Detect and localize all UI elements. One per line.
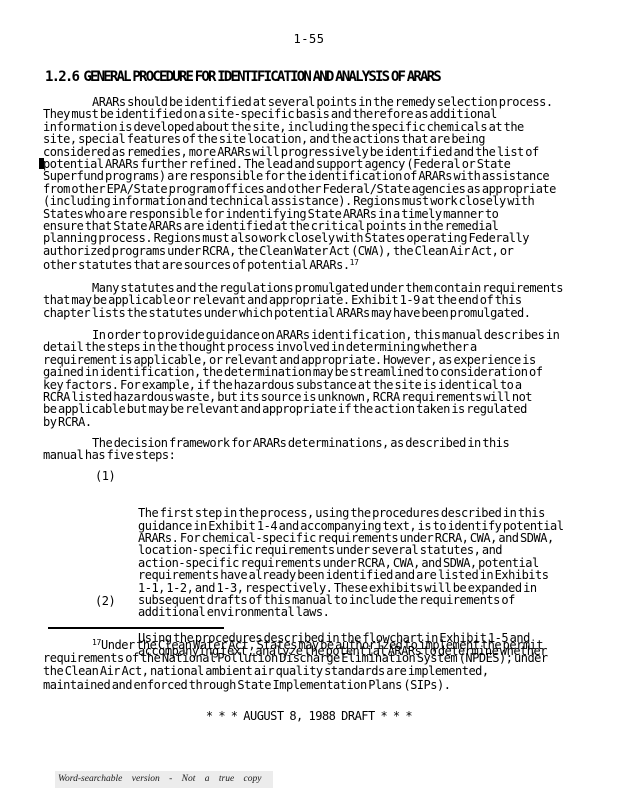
revision-change-bar: [39, 158, 44, 169]
section-heading: 1.2.6 GENERAL PROCEDURE FOR IDENTIFICATI…: [45, 70, 605, 85]
watermark-text: Word-searchable version - Not a true cop…: [58, 774, 261, 784]
list-item-2-marker: (2): [95, 595, 115, 607]
watermark-bar: Word-searchable version - Not a true cop…: [55, 771, 273, 788]
paragraph-3: In order to provide guidance on ARARs id…: [43, 329, 588, 428]
footnote-rule: [48, 627, 224, 629]
footnote-ref: 17: [350, 258, 359, 267]
draft-date-footer: * * * AUGUST 8, 1988 DRAFT * * *: [0, 710, 618, 722]
footnote-text: Under the Clean Water Act, States may be…: [43, 638, 548, 692]
paragraph-1: ARARs should be identified at several po…: [43, 96, 588, 272]
footnote: 17Under the Clean Water Act, States may …: [43, 636, 588, 692]
paragraph-text: ARARs should be identified at several po…: [43, 95, 556, 272]
document-page: 1-55 1.2.6 GENERAL PROCEDURE FOR IDENTIF…: [0, 0, 618, 800]
paragraph-2: Many statutes and the regulations promul…: [43, 282, 588, 319]
list-item-1-marker: (1): [95, 470, 115, 482]
page-number: 1-55: [0, 33, 618, 45]
footnote-marker: 17: [92, 638, 101, 647]
paragraph-4: The decision framework for ARARs determi…: [43, 437, 588, 462]
